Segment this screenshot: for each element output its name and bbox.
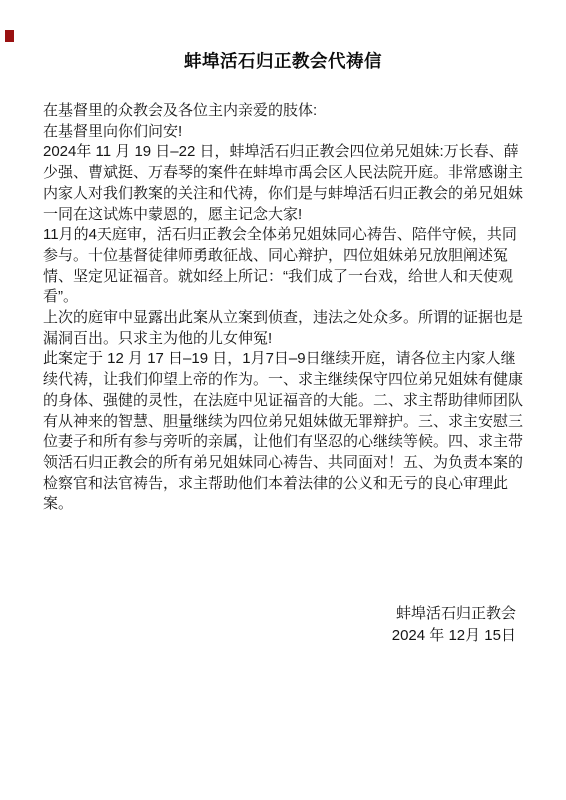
red-square-marker-icon bbox=[5, 30, 14, 42]
signature-block: 蚌埠活石归正教会 2024 年 12月 15日 bbox=[0, 603, 566, 646]
body-line: 领活石归正教会的所有弟兄姐妹同心祷告、共同面对！五、为负责本案的 bbox=[43, 453, 526, 474]
body-line: 此案定于 12 月 17 日–19 日，1月7日–9日继续开庭，请各位主内家人继 bbox=[43, 349, 526, 370]
body-line: 检察官和法官祷告，求主帮助他们本着法律的公义和无亏的良心审理此 bbox=[43, 474, 526, 495]
body-line: 位妻子和所有参与旁听的亲属，让他们有坚忍的心继续等候。四、求主带 bbox=[43, 432, 526, 453]
signature-date: 2024 年 12月 15日 bbox=[0, 625, 516, 647]
body-line: 有从神来的智慧、胆量继续为四位弟兄姐妹做无罪辩护。三、求主安慰三 bbox=[43, 412, 526, 433]
body-line: 续代祷，让我们仰望上帝的作为。一、求主继续保守四位弟兄姐妹有健康 bbox=[43, 370, 526, 391]
body-line: 一同在这试炼中蒙恩的，愿主记念大家! bbox=[43, 205, 526, 226]
body-line: 的身体、强健的灵性，在法庭中见证福音的大能。二、求主帮助律师团队 bbox=[43, 391, 526, 412]
body-line: 在基督里向你们问安! bbox=[43, 122, 526, 143]
body-line: 2024年 11 月 19 日–22 日，蚌埠活石归正教会四位弟兄姐妹:万长春、… bbox=[43, 142, 526, 163]
body-line: 少强、曹斌挺、万春琴的案件在蚌埠市禹会区人民法院开庭。非常感谢主 bbox=[43, 163, 526, 184]
body-line: 情、坚定见证福音。就如经上所记：“我们成了一台戏，给世人和天使观 bbox=[43, 267, 526, 288]
prayer-letter-page: 蚌埠活石归正教会代祷信 在基督里的众教会及各位主内亲爱的肢体:在基督里向你们问安… bbox=[0, 0, 566, 800]
letter-body: 在基督里的众教会及各位主内亲爱的肢体:在基督里向你们问安!2024年 11 月 … bbox=[0, 101, 566, 515]
body-line: 看”。 bbox=[43, 287, 526, 308]
body-line: 11月的4天庭审，活石归正教会全体弟兄姐妹同心祷告、陪伴守候，共同 bbox=[43, 225, 526, 246]
body-line: 内家人对我们教案的关注和代祷，你们是与蚌埠活石归正教会的弟兄姐妹 bbox=[43, 184, 526, 205]
body-line: 上次的庭审中显露出此案从立案到侦查，违法之处众多。所谓的证据也是 bbox=[43, 308, 526, 329]
signature-church-name: 蚌埠活石归正教会 bbox=[0, 603, 516, 625]
body-line: 漏洞百出。只求主为他的儿女伸冤! bbox=[43, 329, 526, 350]
letter-title: 蚌埠活石归正教会代祷信 bbox=[0, 0, 566, 73]
body-line: 案。 bbox=[43, 494, 526, 515]
body-line: 参与。十位基督徒律师勇敢征战、同心辩护，四位姐妹弟兄放胆阐述冤 bbox=[43, 246, 526, 267]
body-line: 在基督里的众教会及各位主内亲爱的肢体: bbox=[43, 101, 526, 122]
